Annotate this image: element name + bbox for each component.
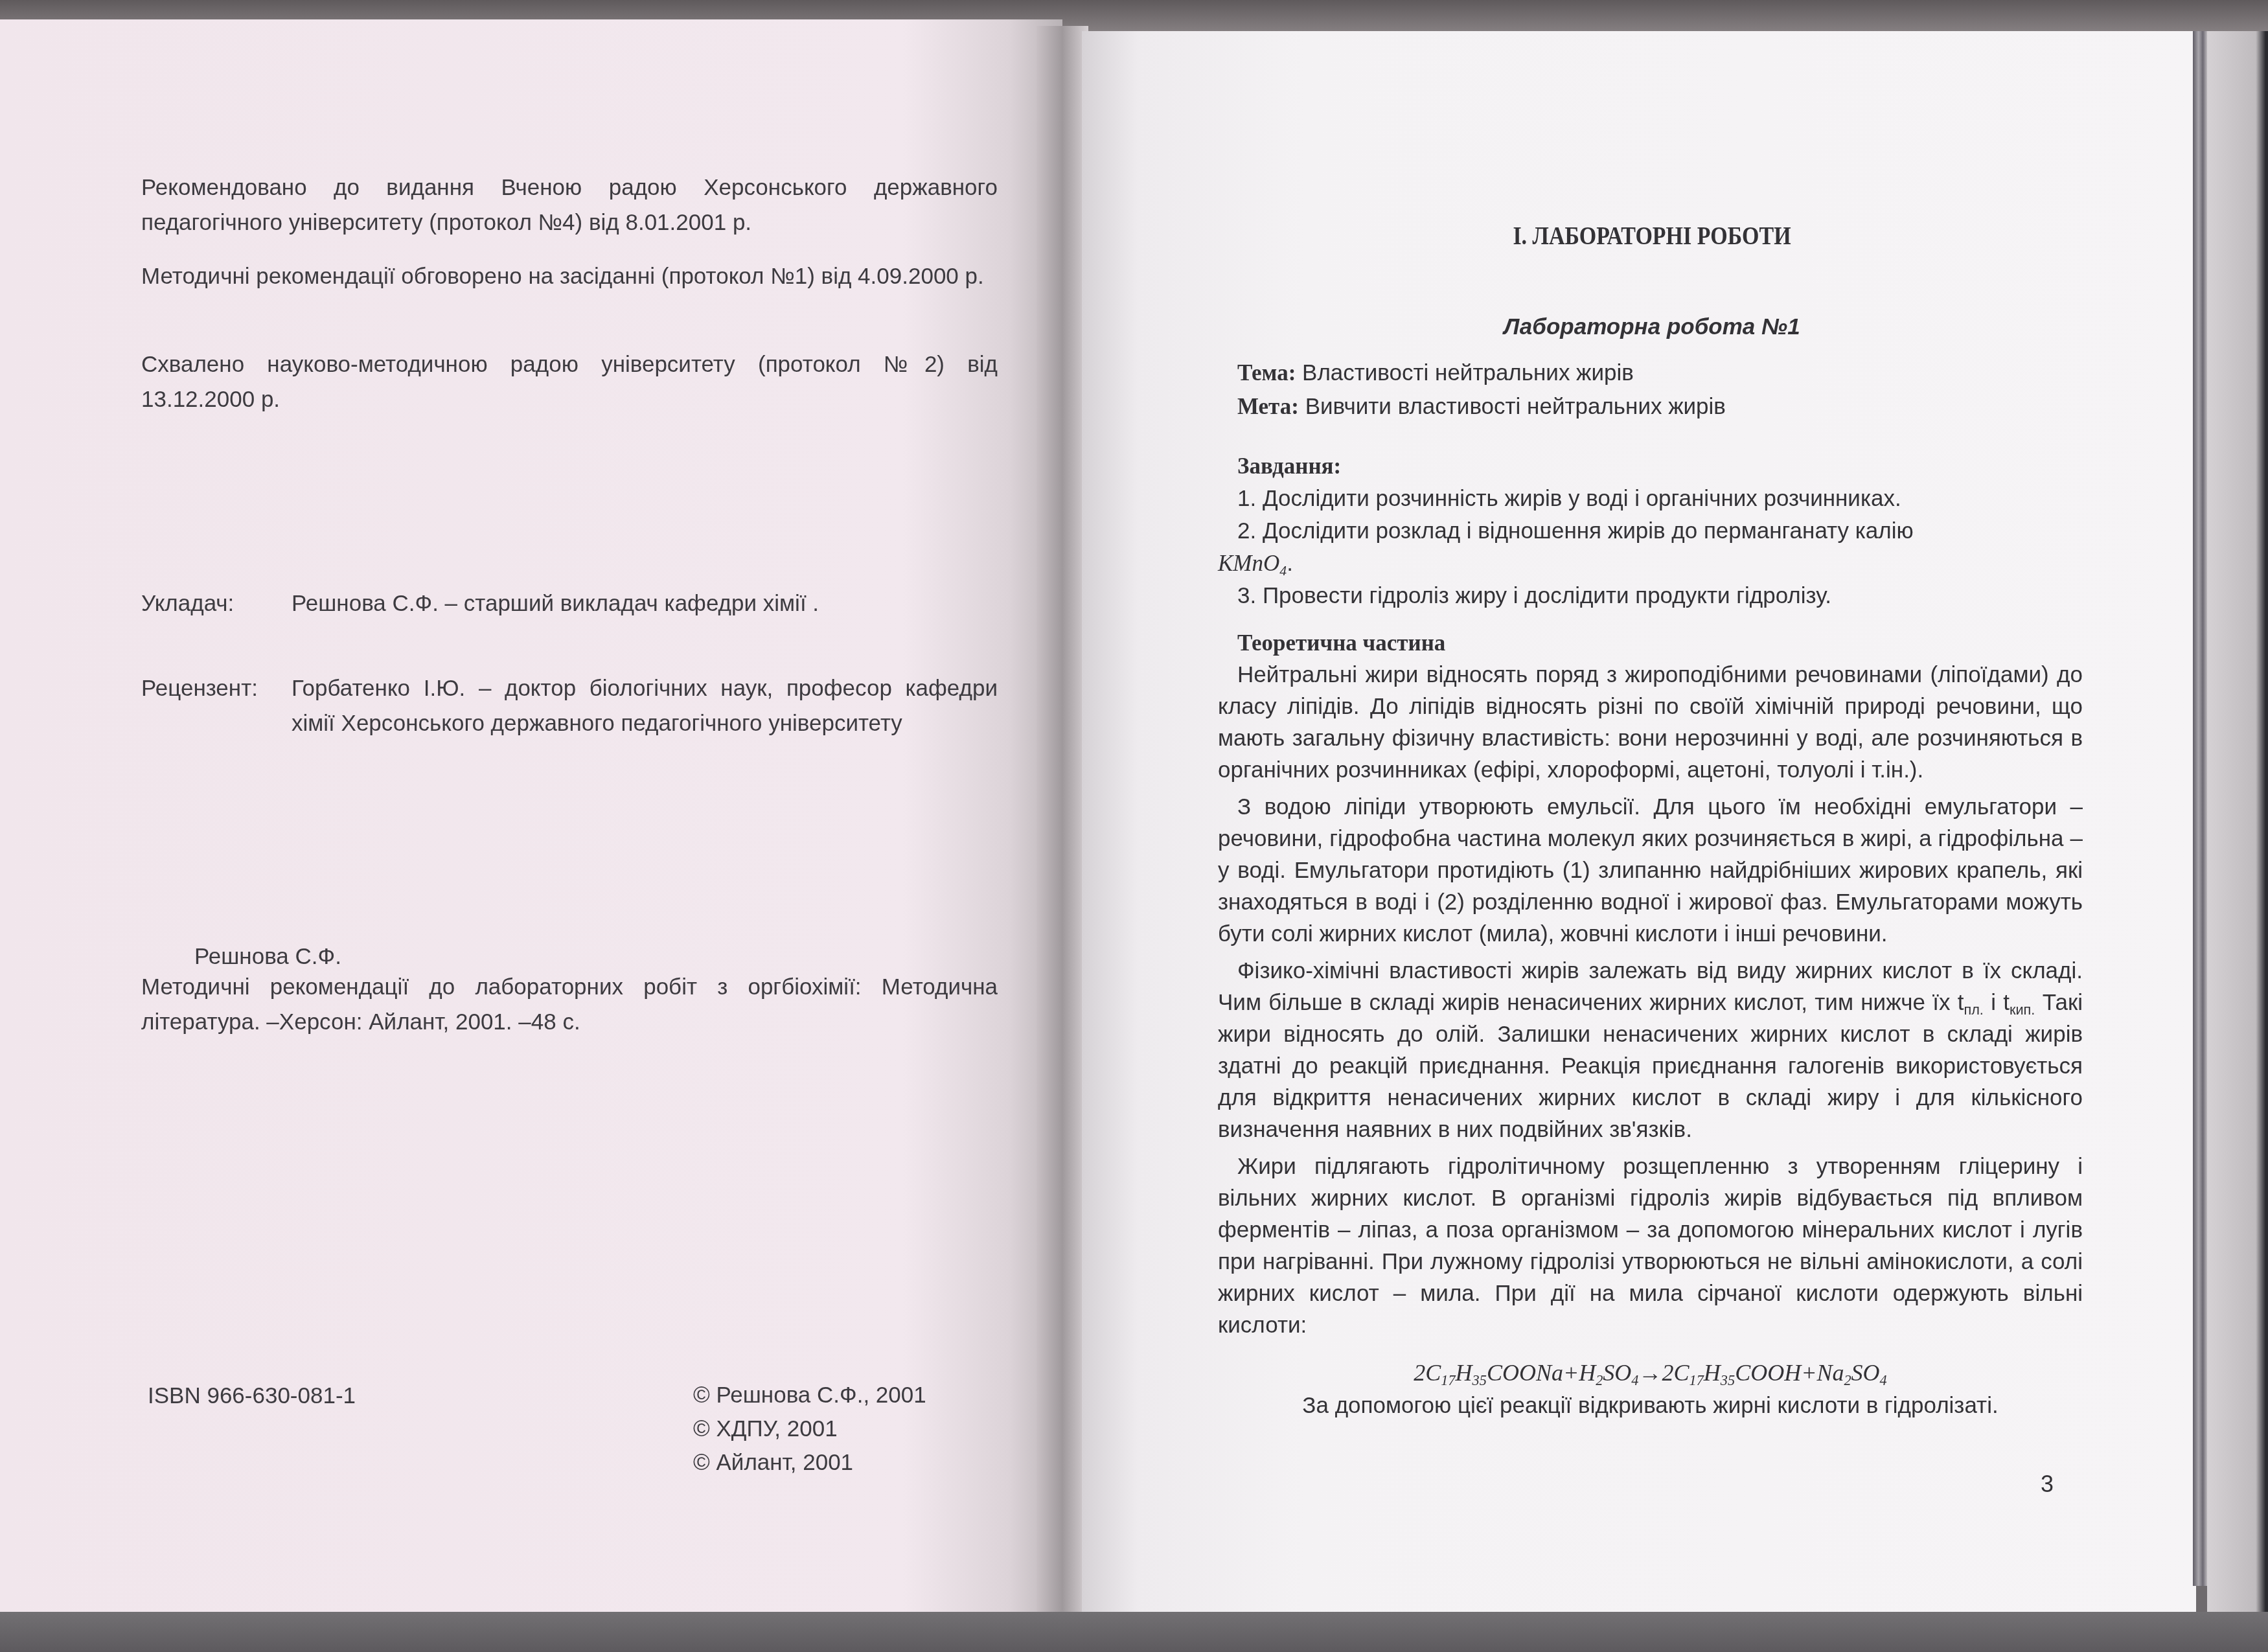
reviewer-value: Горбатенко І.Ю. – доктор біологічних нау… [292, 671, 998, 741]
kmno4-formula: KMnO4 [1218, 551, 1287, 576]
eq-sub: 4 [1631, 1372, 1638, 1388]
eq-part: →2C [1639, 1360, 1690, 1386]
theory-paragraph-2: З водою ліпіди утворюють емульсії. Для ц… [1218, 791, 2083, 950]
theory-paragraph-4: Жири підлягають гідролітичному розщеплен… [1218, 1151, 2083, 1341]
chemical-equation: 2C17H35COONa+H2SO4→2C17H35COOH+Na2SO4 [1218, 1359, 2083, 1386]
compiler-row: Укладач: Решнова С.Ф. – старший викладач… [141, 586, 998, 621]
eq-part: SO [1603, 1360, 1631, 1386]
isbn: ISBN 966-630-081-1 [148, 1379, 356, 1414]
task-2-text: 2. Дослідити розклад і відношення жирів … [1237, 518, 1914, 544]
topic-label: Тема: [1237, 360, 1296, 385]
reviewer-label: Рецензент: [141, 671, 292, 741]
scanner-background [2207, 31, 2268, 1612]
citation-author: Решнова С.Ф. [194, 939, 341, 974]
eq-sub: 4 [1880, 1372, 1887, 1388]
p3-text-b: і t [1984, 990, 2010, 1015]
formula-period: . [1287, 551, 1293, 576]
eq-part: SO [1851, 1360, 1880, 1386]
closing-sentence: За допомогою цієї реакції відкривають жи… [1218, 1393, 2083, 1419]
eq-part: COOH+Na [1735, 1360, 1844, 1386]
task-1: 1. Дослідити розчинність жирів у воді і … [1218, 483, 2083, 515]
p3-text-a: Фізико-хімічні властивості жирів залежат… [1218, 958, 2083, 1015]
goal-line: Мета: Вивчити властивості нейтральних жи… [1237, 390, 1726, 424]
book-gutter [1037, 26, 1088, 1620]
copyright-author: © Решнова С.Ф., 2001 [693, 1379, 926, 1412]
tasks-section: Завдання: 1. Дослідити розчинність жирів… [1218, 450, 2083, 612]
task-2: 2. Дослідити розклад і відношення жирів … [1218, 515, 2083, 547]
theory-section: Теоретична частина Нейтральні жири відно… [1218, 627, 2083, 1346]
eq-sub: 17 [1690, 1372, 1704, 1388]
copyright-publisher: © Айлант, 2001 [693, 1446, 926, 1480]
goal-value: Вивчити властивості нейтральних жирів [1305, 394, 1726, 419]
task-3: 3. Провести гідроліз жиру і дослідити пр… [1218, 580, 2083, 612]
task-2-formula: KMnO4. [1218, 547, 2083, 580]
eq-part: 2C [1414, 1360, 1441, 1386]
compiler-label: Укладач: [141, 586, 292, 621]
theory-paragraph-3: Фізико-хімічні властивості жирів залежат… [1218, 955, 2083, 1145]
eq-sub: 35 [1472, 1372, 1487, 1388]
topic-line: Тема: Властивості нейтральних жирів [1237, 356, 1634, 390]
formula-subscript: 4 [1279, 563, 1287, 579]
formula-base: KMnO [1218, 551, 1279, 576]
left-page [0, 19, 1062, 1613]
eq-sub: 2 [1596, 1372, 1603, 1388]
page-number: 3 [2041, 1471, 2054, 1498]
lab-title: Лабораторна робота №1 [1218, 314, 2086, 340]
approval-methodical-council: Схвалено науково-методичною радою універ… [141, 347, 998, 417]
section-title: І. ЛАБОРАТОРНІ РОБОТИ [1283, 220, 2021, 251]
eq-part: H [1704, 1360, 1721, 1386]
copyright-list: © Решнова С.Ф., 2001 © ХДПУ, 2001 © Айла… [693, 1379, 926, 1480]
eq-part: COONa+H [1487, 1360, 1596, 1386]
eq-part: H [1456, 1360, 1472, 1386]
melting-point-subscript: пл. [1964, 1002, 1983, 1018]
topic-value: Властивості нейтральних жирів [1302, 360, 1634, 385]
approval-council: Рекомендовано до видання Вченою радою Хе… [141, 170, 998, 240]
compiler-value: Решнова С.Ф. – старший викладач кафедри … [292, 586, 998, 621]
citation-text: Методичні рекомендації до лабораторних р… [141, 970, 998, 1040]
theory-paragraph-1: Нейтральні жири відносять поряд з жиропо… [1218, 659, 2083, 786]
scanner-bottom-edge [0, 1612, 2268, 1652]
goal-label: Мета: [1237, 394, 1299, 419]
theory-heading: Теоретична частина [1218, 627, 2083, 659]
eq-sub: 35 [1721, 1372, 1735, 1388]
page-stack-edge [2193, 31, 2207, 1586]
boiling-point-subscript: кип. [2010, 1002, 2035, 1018]
reviewer-row: Рецензент: Горбатенко І.Ю. – доктор біол… [141, 671, 998, 741]
eq-sub: 2 [1844, 1372, 1851, 1388]
tasks-heading: Завдання: [1218, 450, 2083, 483]
approval-meeting: Методичні рекомендації обговорено на зас… [141, 259, 998, 294]
eq-sub: 17 [1441, 1372, 1455, 1388]
copyright-university: © ХДПУ, 2001 [693, 1412, 926, 1446]
